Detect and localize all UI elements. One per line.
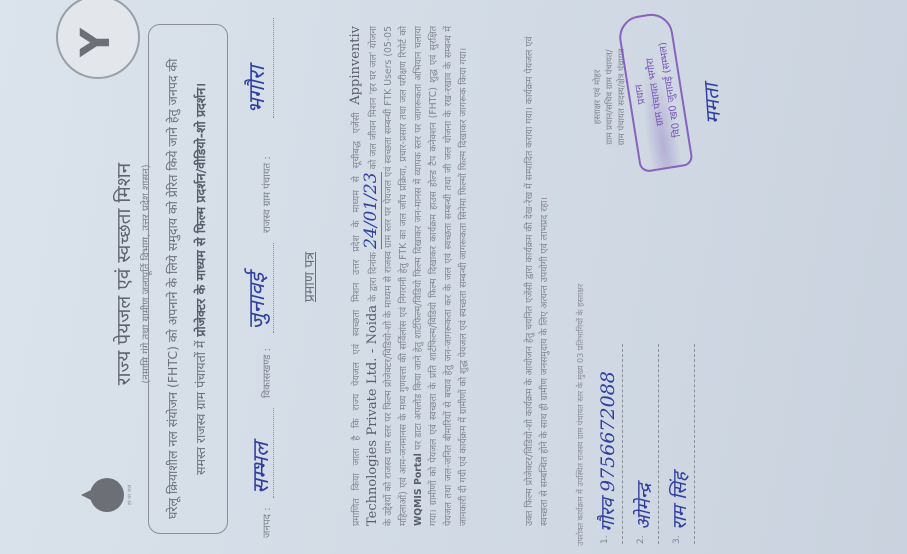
water-drop-icon xyxy=(90,478,124,512)
program-description-box: घरेलू क्रियाशील नल संयोजन (FHTC) को अपना… xyxy=(148,24,228,534)
vikaskhand-label: विकासखण्ड : xyxy=(259,348,273,398)
janpad-value: सम्भल xyxy=(245,442,275,494)
certificate-page: हर घर जल राज्य पेयजल एवं स्वच्छता मिशन (… xyxy=(0,0,907,554)
certificate-body: प्रमाणित किया जाता है कि राज्य पेयजल एवं… xyxy=(348,26,471,526)
pradhan-signature: ममता xyxy=(697,83,727,125)
witness-signature: ओमेन्द्र xyxy=(630,483,656,530)
witness-row-2: 2. ओमेन्द्र xyxy=(636,344,659,544)
mission-emblem-icon: Y xyxy=(56,0,140,79)
witness-signature: राम सिंह xyxy=(666,472,692,530)
location-fields: जनपद : सम्भल विकासखण्ड : जुनावई राजस्व ग… xyxy=(245,8,285,538)
witness-signature: गौरव 9756672088 xyxy=(594,371,620,532)
box-line-1: घरेलू क्रियाशील नल संयोजन (FHTC) को अपना… xyxy=(159,39,187,519)
certificate-title: प्रमाण पत्र xyxy=(300,0,319,554)
event-date: 24/01/23 xyxy=(361,172,382,248)
box-line-2: समस्त राजस्व ग्राम पंचायतों में प्रोजेक्… xyxy=(187,39,215,519)
org-title: राज्य पेयजल एवं स्वच्छता मिशन xyxy=(110,114,136,434)
witness-row-1: 1. गौरव 9756672088 xyxy=(600,344,623,544)
har-ghar-jal-logo: हर घर जल xyxy=(90,471,133,519)
header: हर घर जल राज्य पेयजल एवं स्वच्छता मिशन (… xyxy=(50,0,140,554)
gram-panchayat-value: भगौरा xyxy=(241,66,271,114)
witness-heading: उपरोक्त कार्यक्रम में उपस्थित राजस्व ग्र… xyxy=(575,126,587,546)
vikaskhand-value: जुनावई xyxy=(241,273,271,330)
certificate-para-2: उक्त फिल्म प्रोजेक्टर/विडियो-शो कार्यक्र… xyxy=(522,26,552,526)
janpad-label: जनपद : xyxy=(259,507,273,538)
witness-row-3: 3. राम सिंह xyxy=(672,344,695,544)
portal-name: WQMIS Portal xyxy=(413,453,424,526)
gram-panchayat-label: राजस्व ग्राम पंचायत : xyxy=(259,156,273,233)
